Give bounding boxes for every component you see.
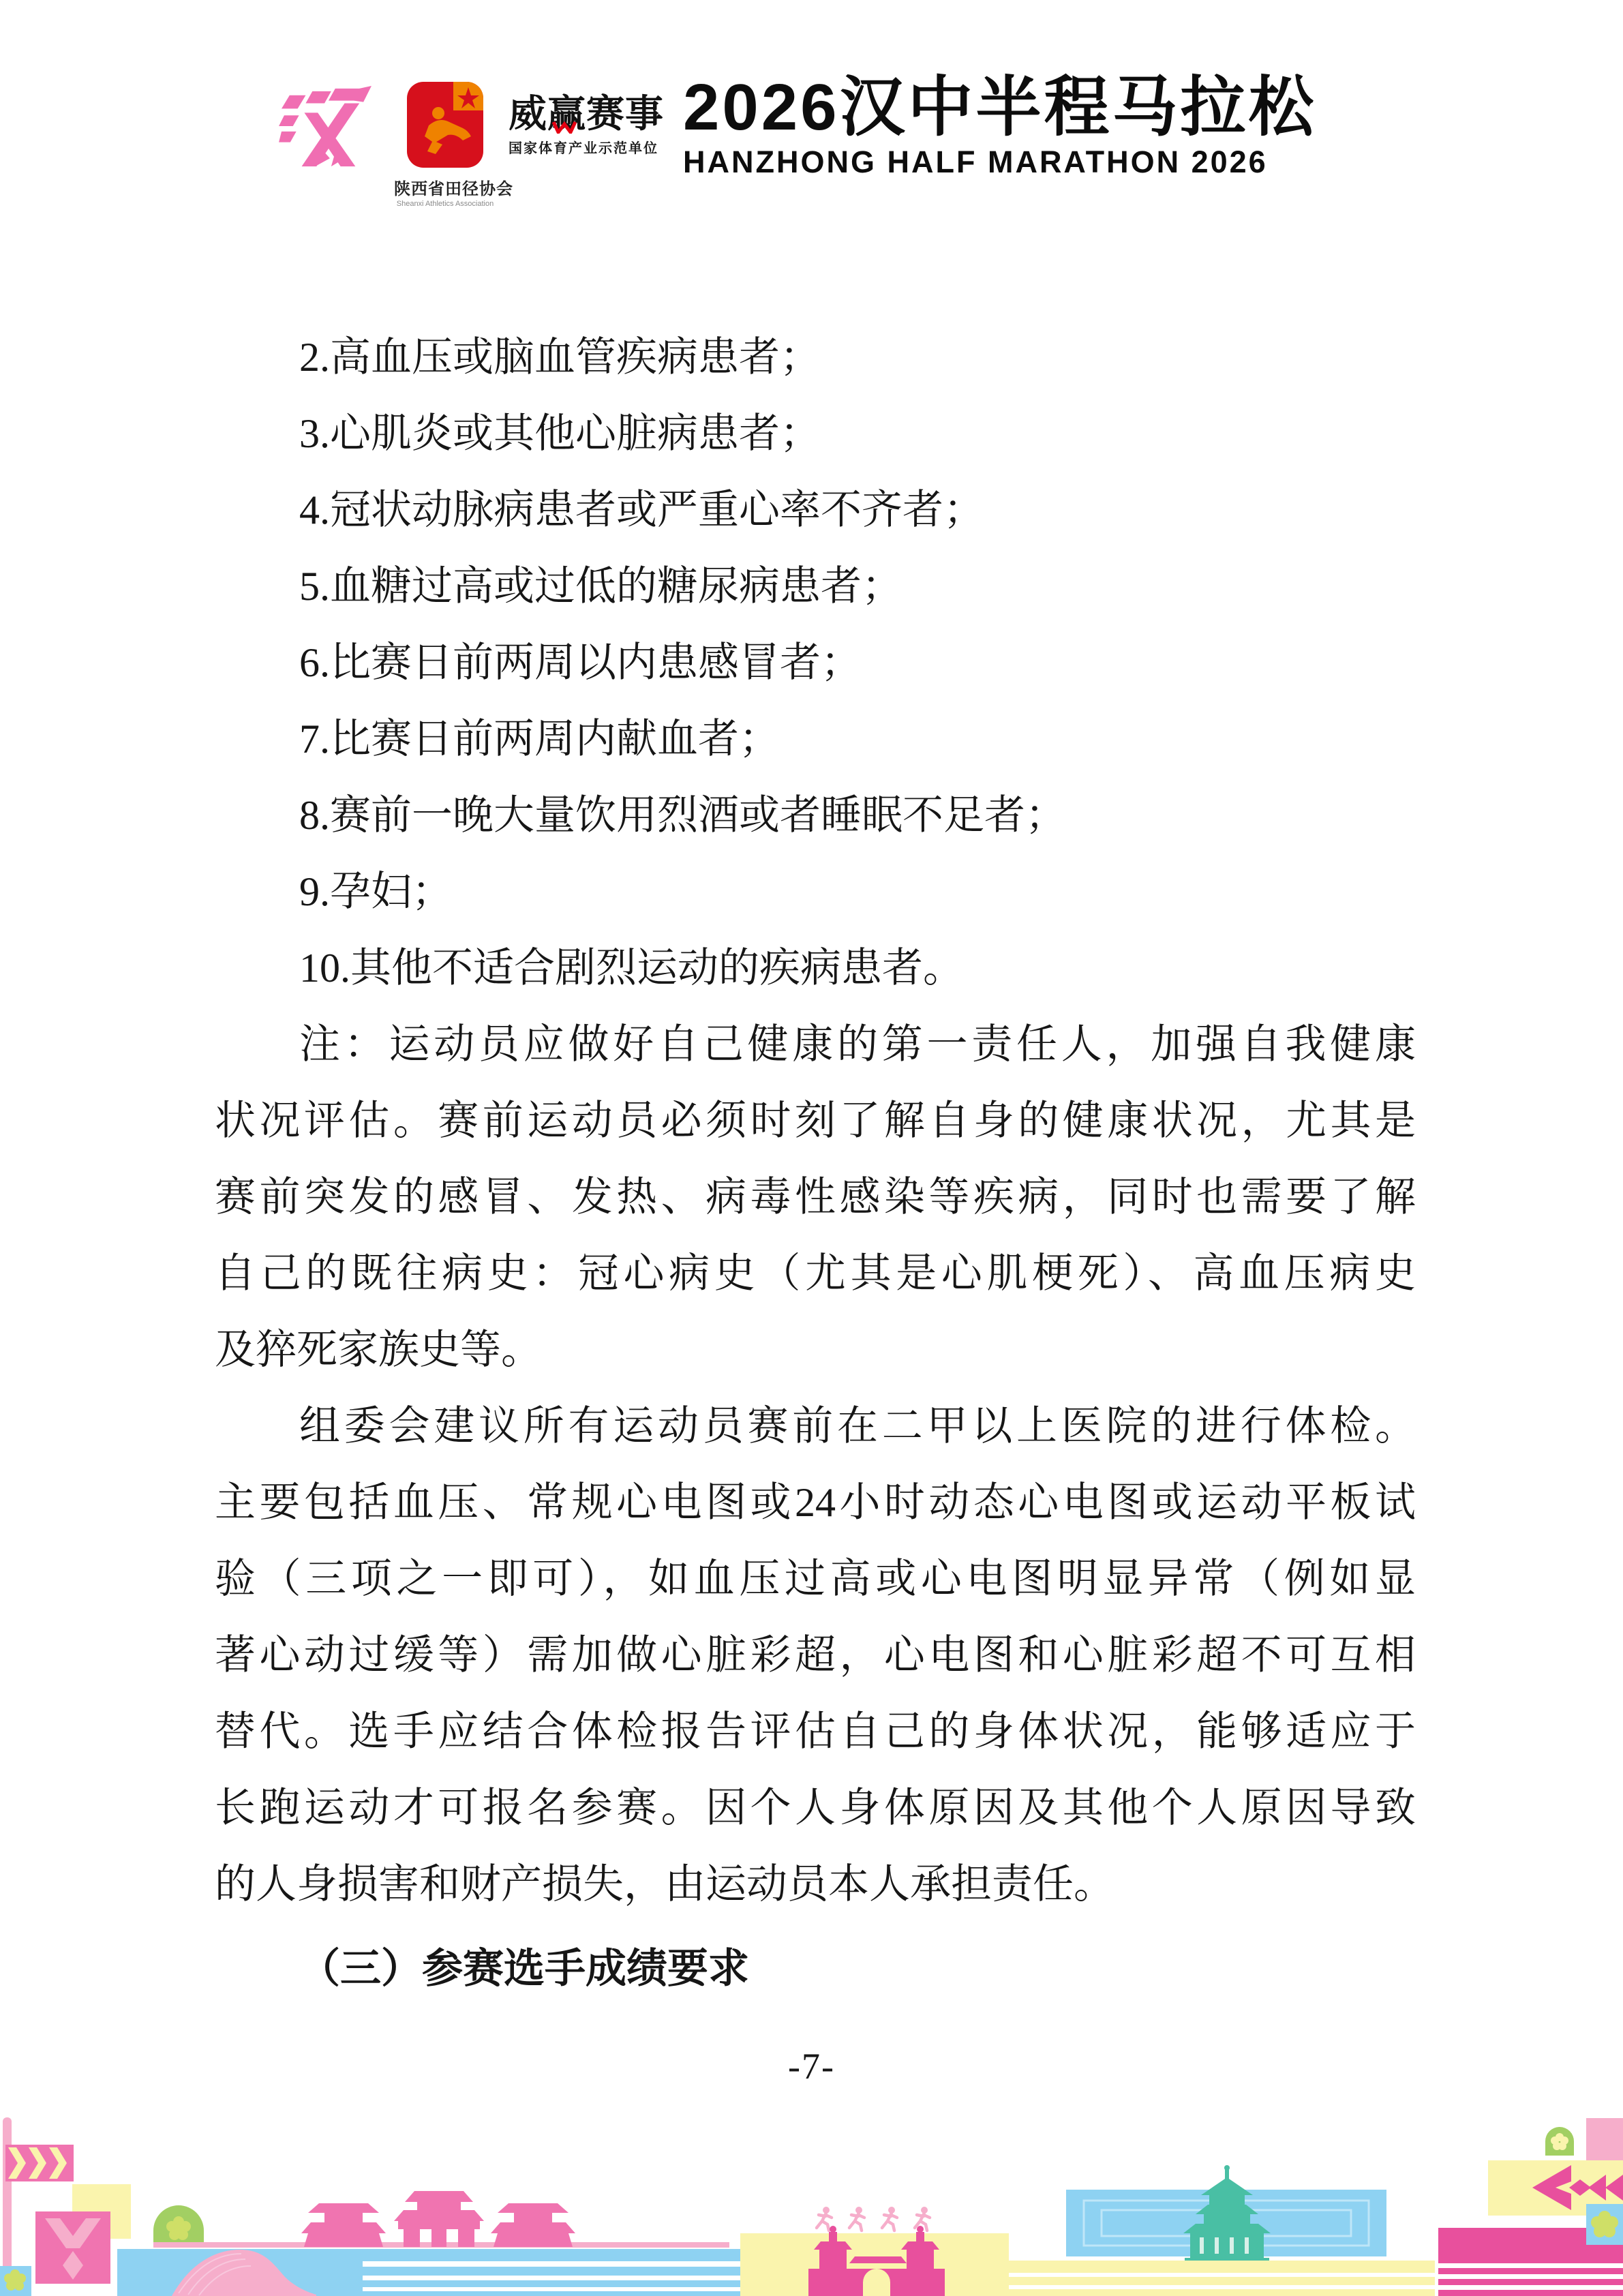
body-line: 9.孕妇； [215,854,1416,930]
body-line: 5.血糖过高或过低的糖尿病患者； [215,548,1416,624]
stripe-band-center [363,2249,740,2296]
event-title-block: 2026汉中半程马拉松 HANZHONG HALF MARATHON 2026 [683,74,1365,179]
hanzhong-han-logo-icon [278,83,374,170]
body-line: 替代。选手应结合体检报告评估自己的身体状况，能够适应于 [215,1693,1416,1770]
body-line: 8.赛前一晚大量饮用烈酒或者睡眠不足者； [215,777,1416,854]
body-line: 及猝死家族史等。 [215,1312,1416,1388]
body-line: 著心动过缓等）需加做心脏彩超，心电图和心脏彩超不可互相 [215,1617,1416,1693]
page-number: -7- [0,2045,1623,2087]
stripe-band-right [1009,2261,1435,2296]
body-line: 组委会建议所有运动员赛前在二甲以上医院的进行体检。 [215,1388,1416,1464]
pink-monogram-block [35,2211,110,2284]
flower-tile-left [0,2266,31,2296]
body-line: 注：运动员应做好自己健康的第一责任人，加强自我健康 [215,1006,1416,1083]
page-header: 陕西省田径协会 Sheanxi Athletics Association 威赢… [0,0,1623,218]
athletics-association-logo: 陕西省田径协会 Sheanxi Athletics Association [394,80,496,208]
bell-tower-graphic [1066,2165,1386,2262]
body-line: 6.比赛日前两周以内患感冒者； [215,624,1416,701]
document-page: 陕西省田径协会 Sheanxi Athletics Association 威赢… [0,0,1623,2296]
event-title-en: HANZHONG HALF MARATHON 2026 [683,146,1365,179]
body-line: 赛前突发的感冒、发热、病毒性感染等疾病，同时也需要了解 [215,1159,1416,1235]
event-title-cn: 2026汉中半程马拉松 [683,74,1365,142]
body-line: 自己的既往病史：冠心病史（尤其是心肌梗死）、高血压病史 [215,1235,1416,1312]
weiying-subtitle: 国家体育产业示范单位 [509,137,672,157]
weiying-title: 威赢赛事 [509,94,672,134]
flower-tile-right [1586,2204,1623,2245]
weiying-logo: 威赢赛事 国家体育产业示范单位 [509,94,672,157]
athletics-name-cn: 陕西省田径协会 [394,175,496,199]
document-body: 2.高血压或脑血管疾病患者；3.心肌炎或其他心脏病患者；4.冠状动脉病患者或严重… [215,319,1416,2007]
weiying-w-icon [552,121,577,134]
body-line: 3.心肌炎或其他心脏病患者； [215,395,1416,472]
body-line: 10.其他不适合剧烈运动的疾病患者。 [215,930,1416,1006]
section-heading: （三）参赛选手成绩要求 [215,1931,1416,2007]
body-line: 的人身损害和财产损失，由运动员本人承担责任。 [215,1846,1416,1922]
body-line: 7.比赛日前两周内献血者； [215,701,1416,777]
chevron-decor-left [5,2145,74,2181]
pagoda-gates [301,2191,575,2247]
athletics-badge-icon [406,80,485,169]
body-line: 主要包括血压、常规心电图或24小时动态心电图或运动平板试 [215,1464,1416,1541]
flower-arch-left [153,2205,204,2246]
bridge-graphic [117,2249,363,2296]
flower-arch-right [1545,2127,1574,2156]
footer-illustration [0,2098,1623,2296]
body-line: 验（三项之一即可），如血压过高或心电图明显异常（例如显 [215,1541,1416,1617]
body-line: 长跑运动才可报名参赛。因个人身体原因及其他个人原因导致 [215,1770,1416,1846]
body-line: 4.冠状动脉病患者或严重心率不齐者； [215,472,1416,548]
body-line: 2.高血压或脑血管疾病患者； [215,319,1416,395]
athletics-name-en: Sheanxi Athletics Association [394,200,496,208]
body-line: 状况评估。赛前运动员必须时刻了解自身的健康状况，尤其是 [215,1083,1416,1159]
